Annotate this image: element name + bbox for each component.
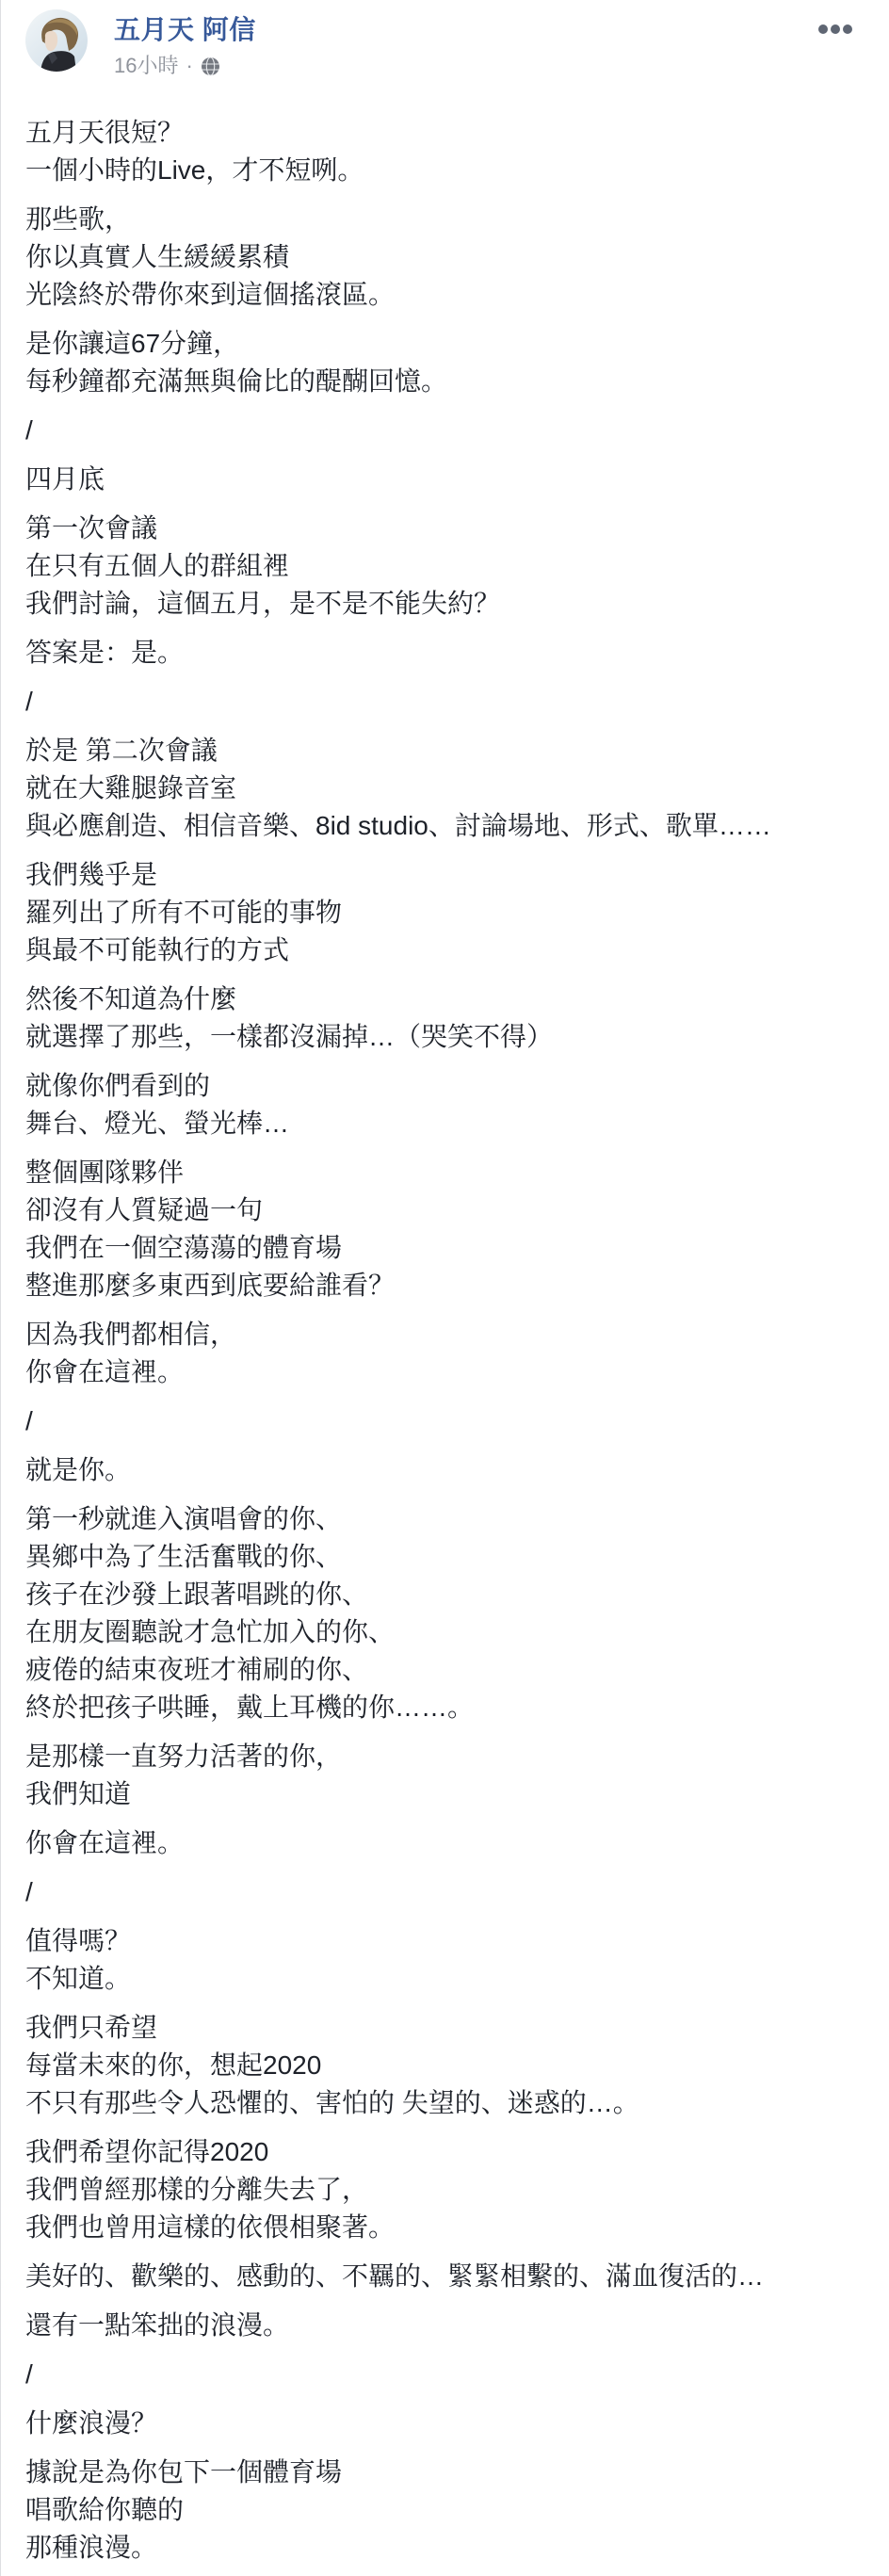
post-line: 光陰終於帶你來到這個搖滾區。 [25,276,865,314]
post-header: 五月天 阿信 16小時 · [25,0,865,78]
post-line: 就在大雞腿錄音室 [25,770,865,807]
post-paragraph: 整個團隊夥伴卻沒有人質疑過一句我們在一個空蕩蕩的體育場整進那麼多東西到底要給誰看… [25,1154,865,1304]
post-line: 第一次會議 [25,510,865,547]
post-line: 你會在這裡。 [25,1353,865,1391]
post-paragraph: 因為我們都相信，你會在這裡。 [25,1316,865,1391]
post-line: / [25,412,865,449]
post-paragraph: / [25,683,865,721]
post-line: 什麼浪漫？ [25,2405,865,2442]
post-line: 我們幾乎是 [25,856,865,894]
post-line: 你以真實人生緩緩累積 [25,238,865,276]
post-paragraph: 美好的、歡樂的、感動的、不羈的、緊緊相繫的、滿血復活的… [25,2258,865,2295]
post-paragraph: 然後不知道為什麼就選擇了那些，一樣都沒漏掉…（哭笑不得） [25,980,865,1056]
globe-icon [201,57,220,76]
post-line: 你會在這裡。 [25,1824,865,1862]
post-paragraph: / [25,2356,865,2393]
post-line: 是你讓這67分鐘， [25,325,865,363]
post-line: 疲倦的結束夜班才補刷的你、 [25,1651,865,1689]
post-line: 第一秒就進入演唱會的你、 [25,1500,865,1538]
post-meta: 16小時 · [114,54,256,78]
post-line: / [25,1873,865,1911]
header-info: 五月天 阿信 16小時 · [114,9,256,78]
post-line: 那些歌， [25,201,865,238]
post-line: / [25,1402,865,1440]
post-line: 美好的、歡樂的、感動的、不羈的、緊緊相繫的、滿血復活的… [25,2258,865,2295]
post-line: 每當未來的你，想起2020 [25,2047,865,2084]
post-paragraph: 第一秒就進入演唱會的你、異鄉中為了生活奮戰的你、孩子在沙發上跟著唱跳的你、在朋友… [25,1500,865,1726]
meta-separator: · [186,54,192,78]
post-paragraph: 我們只希望每當未來的你，想起2020不只有那些令人恐懼的、害怕的 失望的、迷惑的… [25,2009,865,2122]
post-line: 就像你們看到的 [25,1067,865,1105]
post-paragraph: 是你讓這67分鐘，每秒鐘都充滿無與倫比的醍醐回憶。 [25,325,865,400]
post-line: 因為我們都相信， [25,1316,865,1353]
post-paragraph: 四月底 [25,461,865,498]
post-line: 我們曾經那樣的分離失去了， [25,2171,865,2209]
post-line: 值得嗎？ [25,1922,865,1960]
post-line: / [25,683,865,721]
post-line: 四月底 [25,461,865,498]
post-paragraph: 你會在這裡。 [25,1824,865,1862]
post-line: 還有一點笨拙的浪漫。 [25,2307,865,2344]
post-line: 我們討論，這個五月，是不是不能失約？ [25,585,865,623]
post-line: 我們也曾用這樣的依偎相聚著。 [25,2209,865,2246]
post-line: 是那樣一直努力活著的你， [25,1738,865,1775]
post-line: 整進那麼多東西到底要給誰看？ [25,1267,865,1304]
avatar[interactable] [25,9,88,72]
post-line: 不只有那些令人恐懼的、害怕的 失望的、迷惑的…。 [25,2084,865,2122]
post-line: 舞台、燈光、螢光棒… [25,1105,865,1142]
post-line: 我們知道 [25,1775,865,1813]
author-name[interactable]: 五月天 阿信 [114,14,256,46]
post-paragraph: 那些歌，你以真實人生緩緩累積光陰終於帶你來到這個搖滾區。 [25,201,865,314]
post-timestamp[interactable]: 16小時 [114,54,178,78]
post-line: 就選擇了那些，一樣都沒漏掉…（哭笑不得） [25,1018,865,1056]
post-line: 我們只希望 [25,2009,865,2047]
post-paragraph: 還有一點笨拙的浪漫。 [25,2307,865,2344]
post-line: / [25,2356,865,2393]
post-line: 就是你。 [25,1451,865,1489]
post-line: 與最不可能執行的方式 [25,932,865,969]
post-content: 五月天很短？一個小時的Live，才不短咧。那些歌，你以真實人生緩緩累積光陰終於帶… [25,114,865,2567]
post-line: 與必應創造、相信音樂、8id studio、討論場地、形式、歌單…… [25,807,865,845]
post-line: 終於把孩子哄睡，戴上耳機的你……。 [25,1689,865,1726]
post-line: 唱歌給你聽的 [25,2491,865,2529]
post-line: 答案是：是。 [25,634,865,672]
more-options-button[interactable] [816,21,854,38]
post-line: 每秒鐘都充滿無與倫比的醍醐回憶。 [25,363,865,400]
post-line: 不知道。 [25,1960,865,1998]
post-paragraph: / [25,1402,865,1440]
post-paragraph: 就像你們看到的舞台、燈光、螢光棒… [25,1067,865,1142]
post-line: 卻沒有人質疑過一句 [25,1191,865,1229]
post-paragraph: 是那樣一直努力活著的你，我們知道 [25,1738,865,1813]
post-line: 那種浪漫。 [25,2529,865,2567]
post-line: 異鄉中為了生活奮戰的你、 [25,1538,865,1576]
post-paragraph: / [25,1873,865,1911]
post-line: 在只有五個人的群組裡 [25,547,865,585]
post-line: 一個小時的Live，才不短咧。 [25,152,865,189]
post-line: 孩子在沙發上跟著唱跳的你、 [25,1576,865,1613]
more-options-icon [818,24,852,34]
post-line: 據說是為你包下一個體育場 [25,2454,865,2491]
post-line: 整個團隊夥伴 [25,1154,865,1191]
post-card: 五月天 阿信 16小時 · 五 [0,0,889,2576]
post-paragraph: 我們幾乎是羅列出了所有不可能的事物與最不可能執行的方式 [25,856,865,969]
post-paragraph: 我們希望你記得2020我們曾經那樣的分離失去了，我們也曾用這樣的依偎相聚著。 [25,2133,865,2246]
post-line: 然後不知道為什麼 [25,980,865,1018]
post-paragraph: 就是你。 [25,1451,865,1489]
avatar-image [25,9,88,72]
post-line: 於是 第二次會議 [25,732,865,770]
post-paragraph: 值得嗎？不知道。 [25,1922,865,1998]
post-line: 我們在一個空蕩蕩的體育場 [25,1229,865,1267]
post-paragraph: 五月天很短？一個小時的Live，才不短咧。 [25,114,865,189]
post-paragraph: 答案是：是。 [25,634,865,672]
post-line: 羅列出了所有不可能的事物 [25,894,865,932]
post-line: 五月天很短？ [25,114,865,152]
post-paragraph: 第一次會議在只有五個人的群組裡我們討論，這個五月，是不是不能失約？ [25,510,865,623]
post-paragraph: / [25,412,865,449]
post-paragraph: 據說是為你包下一個體育場唱歌給你聽的那種浪漫。 [25,2454,865,2567]
post-paragraph: 於是 第二次會議就在大雞腿錄音室與必應創造、相信音樂、8id studio、討論… [25,732,865,845]
post-line: 在朋友圈聽說才急忙加入的你、 [25,1613,865,1651]
post-paragraph: 什麼浪漫？ [25,2405,865,2442]
post-line: 我們希望你記得2020 [25,2133,865,2171]
